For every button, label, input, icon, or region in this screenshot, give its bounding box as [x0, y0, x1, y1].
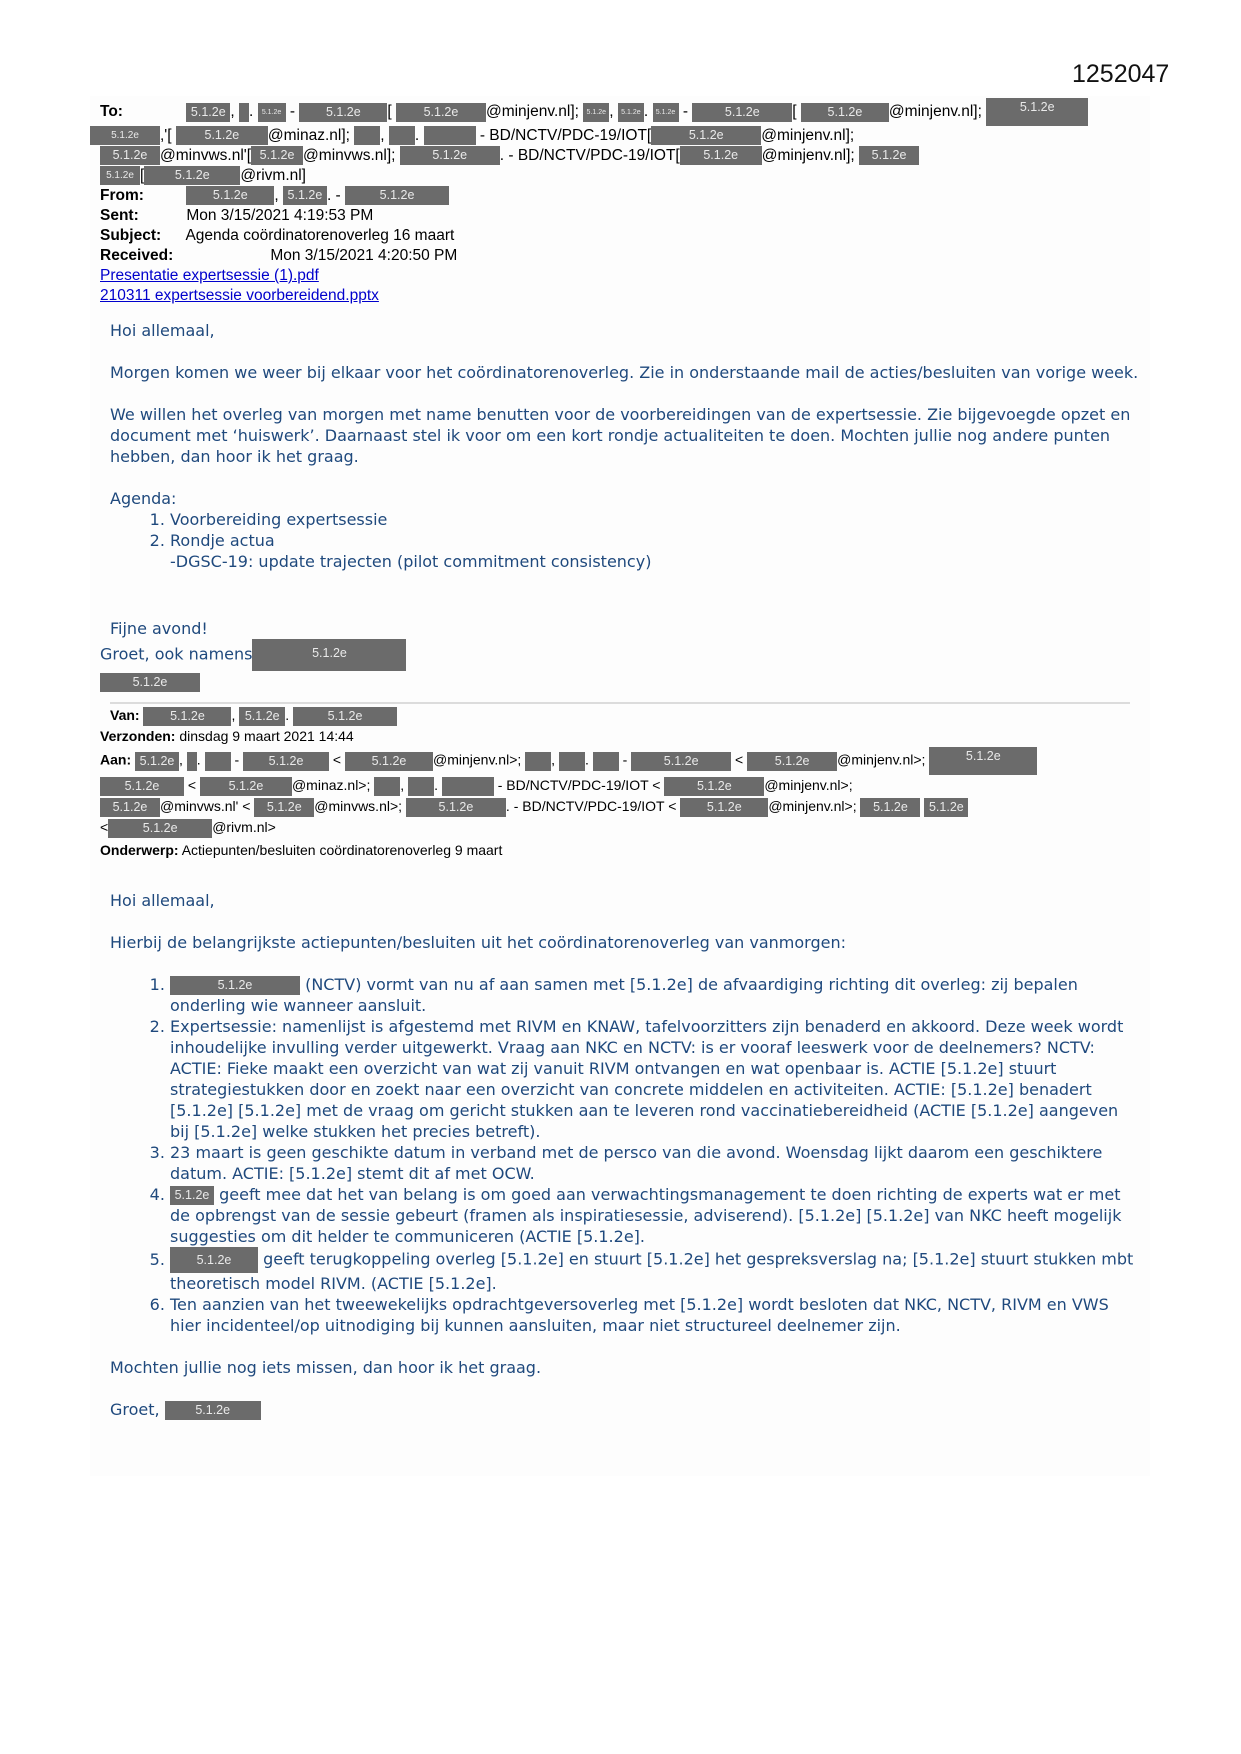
- signoff-text: Groet, ook namens: [100, 645, 252, 664]
- onderwerp-row: Onderwerp: Actiepunten/besluiten coördin…: [100, 840, 1140, 861]
- redaction: 5.1.2e: [239, 707, 285, 726]
- redaction: 5.1.2e: [345, 752, 433, 771]
- redaction: 5.1.2e: [258, 103, 286, 122]
- redaction: 5.1.2e: [653, 103, 679, 122]
- redaction: 5.1.2e: [283, 186, 327, 205]
- onderwerp-value: Actiepunten/besluiten coördinatorenoverl…: [182, 842, 503, 858]
- from-row: From: 5.1.2e, 5.1.2e. - 5.1.2e: [100, 186, 1140, 206]
- van-row: Van: 5.1.2e, 5.1.2e. 5.1.2e: [100, 705, 1140, 726]
- attachment-link-pptx[interactable]: 210311 expertsessie voorbereidend.pptx: [100, 287, 379, 304]
- email-header: To: 5.1.2e, . 5.1.2e - 5.1.2e[ 5.1.2e@mi…: [100, 98, 1140, 306]
- redaction: [442, 777, 468, 796]
- action-list: 5.1.2e (NCTV) vormt van nu af aan samen …: [110, 974, 1140, 1336]
- redaction: 5.1.2e: [986, 98, 1088, 126]
- intro: Hierbij de belangrijkste actiepunten/bes…: [110, 932, 1140, 953]
- redaction: 5.1.2e: [664, 777, 764, 796]
- divider: [110, 702, 1130, 704]
- closing: Fijne avond!: [100, 618, 406, 639]
- action-item: 5.1.2e (NCTV) vormt van nu af aan samen …: [170, 974, 1140, 1016]
- redaction: 5.1.2e: [631, 752, 731, 771]
- to-fragment: - BD/NCTV/PDC-19/IOT[: [480, 127, 651, 144]
- redaction: 5.1.2e: [170, 976, 300, 995]
- agenda-item: Voorbereiding expertsessie: [170, 509, 1140, 530]
- verzonden-row: Verzonden: dinsdag 9 maart 2021 14:44: [100, 726, 1140, 747]
- greeting: Hoi allemaal,: [110, 890, 1140, 911]
- aan-row: <5.1.2e@rivm.nl>: [100, 817, 1140, 838]
- to-fragment: @minjenv.nl];: [761, 127, 854, 144]
- to-fragment: @minjenv.nl];: [486, 103, 579, 120]
- closing: Mochten jullie nog iets missen, dan hoor…: [110, 1357, 1140, 1378]
- redaction: 5.1.2e: [100, 798, 160, 817]
- aan-label: Aan:: [100, 752, 131, 768]
- to-fragment: @minvws.nl];: [303, 147, 395, 164]
- agenda-list: Voorbereiding expertsessie Rondje actua: [110, 509, 1140, 551]
- redaction: 5.1.2e: [186, 103, 230, 122]
- redaction: 5.1.2e: [406, 798, 506, 817]
- paragraph: Morgen komen we weer bij elkaar voor het…: [110, 362, 1140, 383]
- action-text: geeft terugkoppeling overleg [5.1.2e] en…: [170, 1250, 1133, 1294]
- redaction: [450, 126, 476, 145]
- redaction: 5.1.2e: [924, 798, 968, 817]
- redaction: 5.1.2e: [176, 126, 268, 145]
- redaction: 5.1.2e: [135, 752, 179, 771]
- to-row: To: 5.1.2e, . 5.1.2e - 5.1.2e[ 5.1.2e@mi…: [100, 98, 1140, 126]
- attachments: Presentatie expertsessie (1).pdf 210311 …: [100, 266, 1140, 306]
- redaction: [354, 126, 380, 145]
- received-label: Received:: [100, 246, 266, 266]
- message-body-1: Hoi allemaal, Morgen komen we weer bij e…: [110, 320, 1140, 572]
- to-fragment: @minaz.nl];: [268, 127, 350, 144]
- signoff-text: Groet,: [110, 1400, 160, 1419]
- redaction: 5.1.2e: [400, 146, 500, 165]
- redaction: 5.1.2e: [100, 166, 140, 185]
- redaction: 5.1.2e: [100, 673, 200, 692]
- redaction: [389, 126, 415, 145]
- redaction: [559, 752, 585, 771]
- forwarded-header: Van: 5.1.2e, 5.1.2e. 5.1.2e Verzonden: d…: [100, 705, 1140, 861]
- redaction: [468, 777, 494, 796]
- redaction: [593, 752, 619, 771]
- redaction: 5.1.2e: [801, 103, 889, 122]
- received-value: Mon 3/15/2021 4:20:50 PM: [270, 247, 457, 264]
- subject-row: Subject: Agenda coördinatorenoverleg 16 …: [100, 226, 1140, 246]
- action-item: Expertsessie: namenlijst is afgestemd me…: [170, 1016, 1140, 1142]
- action-item: 5.1.2e geeft mee dat het van belang is o…: [170, 1184, 1140, 1247]
- sent-value: Mon 3/15/2021 4:19:53 PM: [186, 207, 373, 224]
- onderwerp-label: Onderwerp:: [100, 842, 179, 858]
- document-number: 1252047: [1072, 60, 1169, 89]
- redaction: 5.1.2e: [345, 186, 449, 205]
- redaction: 5.1.2e: [293, 707, 397, 726]
- redaction: 5.1.2e: [680, 798, 768, 817]
- to-fragment: @minjenv.nl];: [889, 103, 982, 120]
- van-label: Van:: [110, 707, 140, 723]
- redaction: 5.1.2e: [251, 146, 303, 165]
- signoff-1: Fijne avond! Groet, ook namens5.1.2e 5.1…: [100, 618, 406, 692]
- subject-value: Agenda coördinatorenoverleg 16 maart: [185, 227, 454, 244]
- to-fragment: @minjenv.nl];: [762, 147, 855, 164]
- aan-row: 5.1.2e < 5.1.2e@minaz.nl>; , . - BD/NCTV…: [100, 775, 1140, 796]
- paragraph: We willen het overleg van morgen met nam…: [110, 404, 1140, 467]
- sent-label: Sent:: [100, 206, 182, 226]
- redaction: 5.1.2e: [299, 103, 387, 122]
- verzonden-label: Verzonden:: [100, 728, 175, 744]
- agenda-item: Rondje actua: [170, 530, 1140, 551]
- redaction: 5.1.2e: [859, 146, 919, 165]
- aan-row: 5.1.2e@minvws.nl' < 5.1.2e@minvws.nl>; 5…: [100, 796, 1140, 817]
- action-text: geeft mee dat het van belang is om goed …: [170, 1185, 1121, 1246]
- redaction: 5.1.2e: [243, 752, 329, 771]
- message-body-2: Hoi allemaal, Hierbij de belangrijkste a…: [110, 890, 1140, 1420]
- redaction: 5.1.2e: [90, 126, 160, 145]
- verzonden-value: dinsdag 9 maart 2021 14:44: [179, 728, 353, 744]
- to-fragment: @minvws.nl'[: [160, 147, 251, 164]
- redaction: 5.1.2e: [200, 777, 292, 796]
- redaction: 5.1.2e: [618, 103, 644, 122]
- received-row: Received: Mon 3/15/2021 4:20:50 PM: [100, 246, 1140, 266]
- to-label: To:: [100, 102, 182, 122]
- action-item: 23 maart is geen geschikte datum in verb…: [170, 1142, 1140, 1184]
- redaction: 5.1.2e: [186, 186, 274, 205]
- redaction: 5.1.2e: [254, 798, 314, 817]
- redaction: 5.1.2e: [583, 103, 609, 122]
- redaction: 5.1.2e: [680, 146, 762, 165]
- from-label: From:: [100, 186, 182, 206]
- redaction: 5.1.2e: [929, 747, 1037, 775]
- agenda-label: Agenda:: [110, 488, 1140, 509]
- redaction: 5.1.2e: [100, 777, 184, 796]
- subject-label: Subject:: [100, 226, 182, 246]
- redaction: 5.1.2e: [170, 1247, 258, 1273]
- redaction: 5.1.2e: [692, 103, 792, 122]
- attachment-link-pdf[interactable]: Presentatie expertsessie (1).pdf: [100, 267, 319, 284]
- redaction: 5.1.2e: [165, 1401, 261, 1420]
- redaction: 5.1.2e: [747, 752, 837, 771]
- to-row: 5.1.2e,'[ 5.1.2e@minaz.nl]; , . - BD/NCT…: [90, 126, 1140, 146]
- action-item: 5.1.2e geeft terugkoppeling overleg [5.1…: [170, 1247, 1140, 1294]
- to-row: 5.1.2e[5.1.2e@rivm.nl]: [100, 166, 1140, 186]
- action-item: Ten aanzien van het tweewekelijks opdrac…: [170, 1294, 1140, 1336]
- redaction: [374, 777, 400, 796]
- to-row: 5.1.2e@minvws.nl'[5.1.2e@minvws.nl]; 5.1…: [100, 146, 1140, 166]
- agenda-subitem: -DGSC-19: update trajecten (pilot commit…: [110, 551, 1140, 572]
- redaction: 5.1.2e: [100, 146, 160, 165]
- redaction: [239, 103, 249, 122]
- redaction: [205, 752, 231, 771]
- to-fragment: @rivm.nl]: [240, 167, 306, 184]
- to-fragment: . - BD/NCTV/PDC-19/IOT[: [500, 147, 680, 164]
- redaction: [525, 752, 551, 771]
- redaction: 5.1.2e: [143, 707, 231, 726]
- aan-row: Aan: 5.1.2e, . - 5.1.2e < 5.1.2e@minjenv…: [100, 747, 1140, 775]
- redaction: [187, 752, 197, 771]
- redaction: 5.1.2e: [860, 798, 920, 817]
- greeting: Hoi allemaal,: [110, 320, 1140, 341]
- redaction: 5.1.2e: [651, 126, 761, 145]
- redaction: 5.1.2e: [144, 166, 240, 185]
- redaction: 5.1.2e: [396, 103, 486, 122]
- sent-row: Sent: Mon 3/15/2021 4:19:53 PM: [100, 206, 1140, 226]
- redaction: [424, 126, 450, 145]
- redaction: 5.1.2e: [108, 819, 212, 838]
- signoff-2: Groet, 5.1.2e: [110, 1399, 1140, 1420]
- redaction: [408, 777, 434, 796]
- redaction: 5.1.2e: [170, 1186, 214, 1205]
- action-text: (NCTV) vormt van nu af aan samen met [5.…: [170, 975, 1078, 1015]
- redaction: 5.1.2e: [252, 639, 406, 671]
